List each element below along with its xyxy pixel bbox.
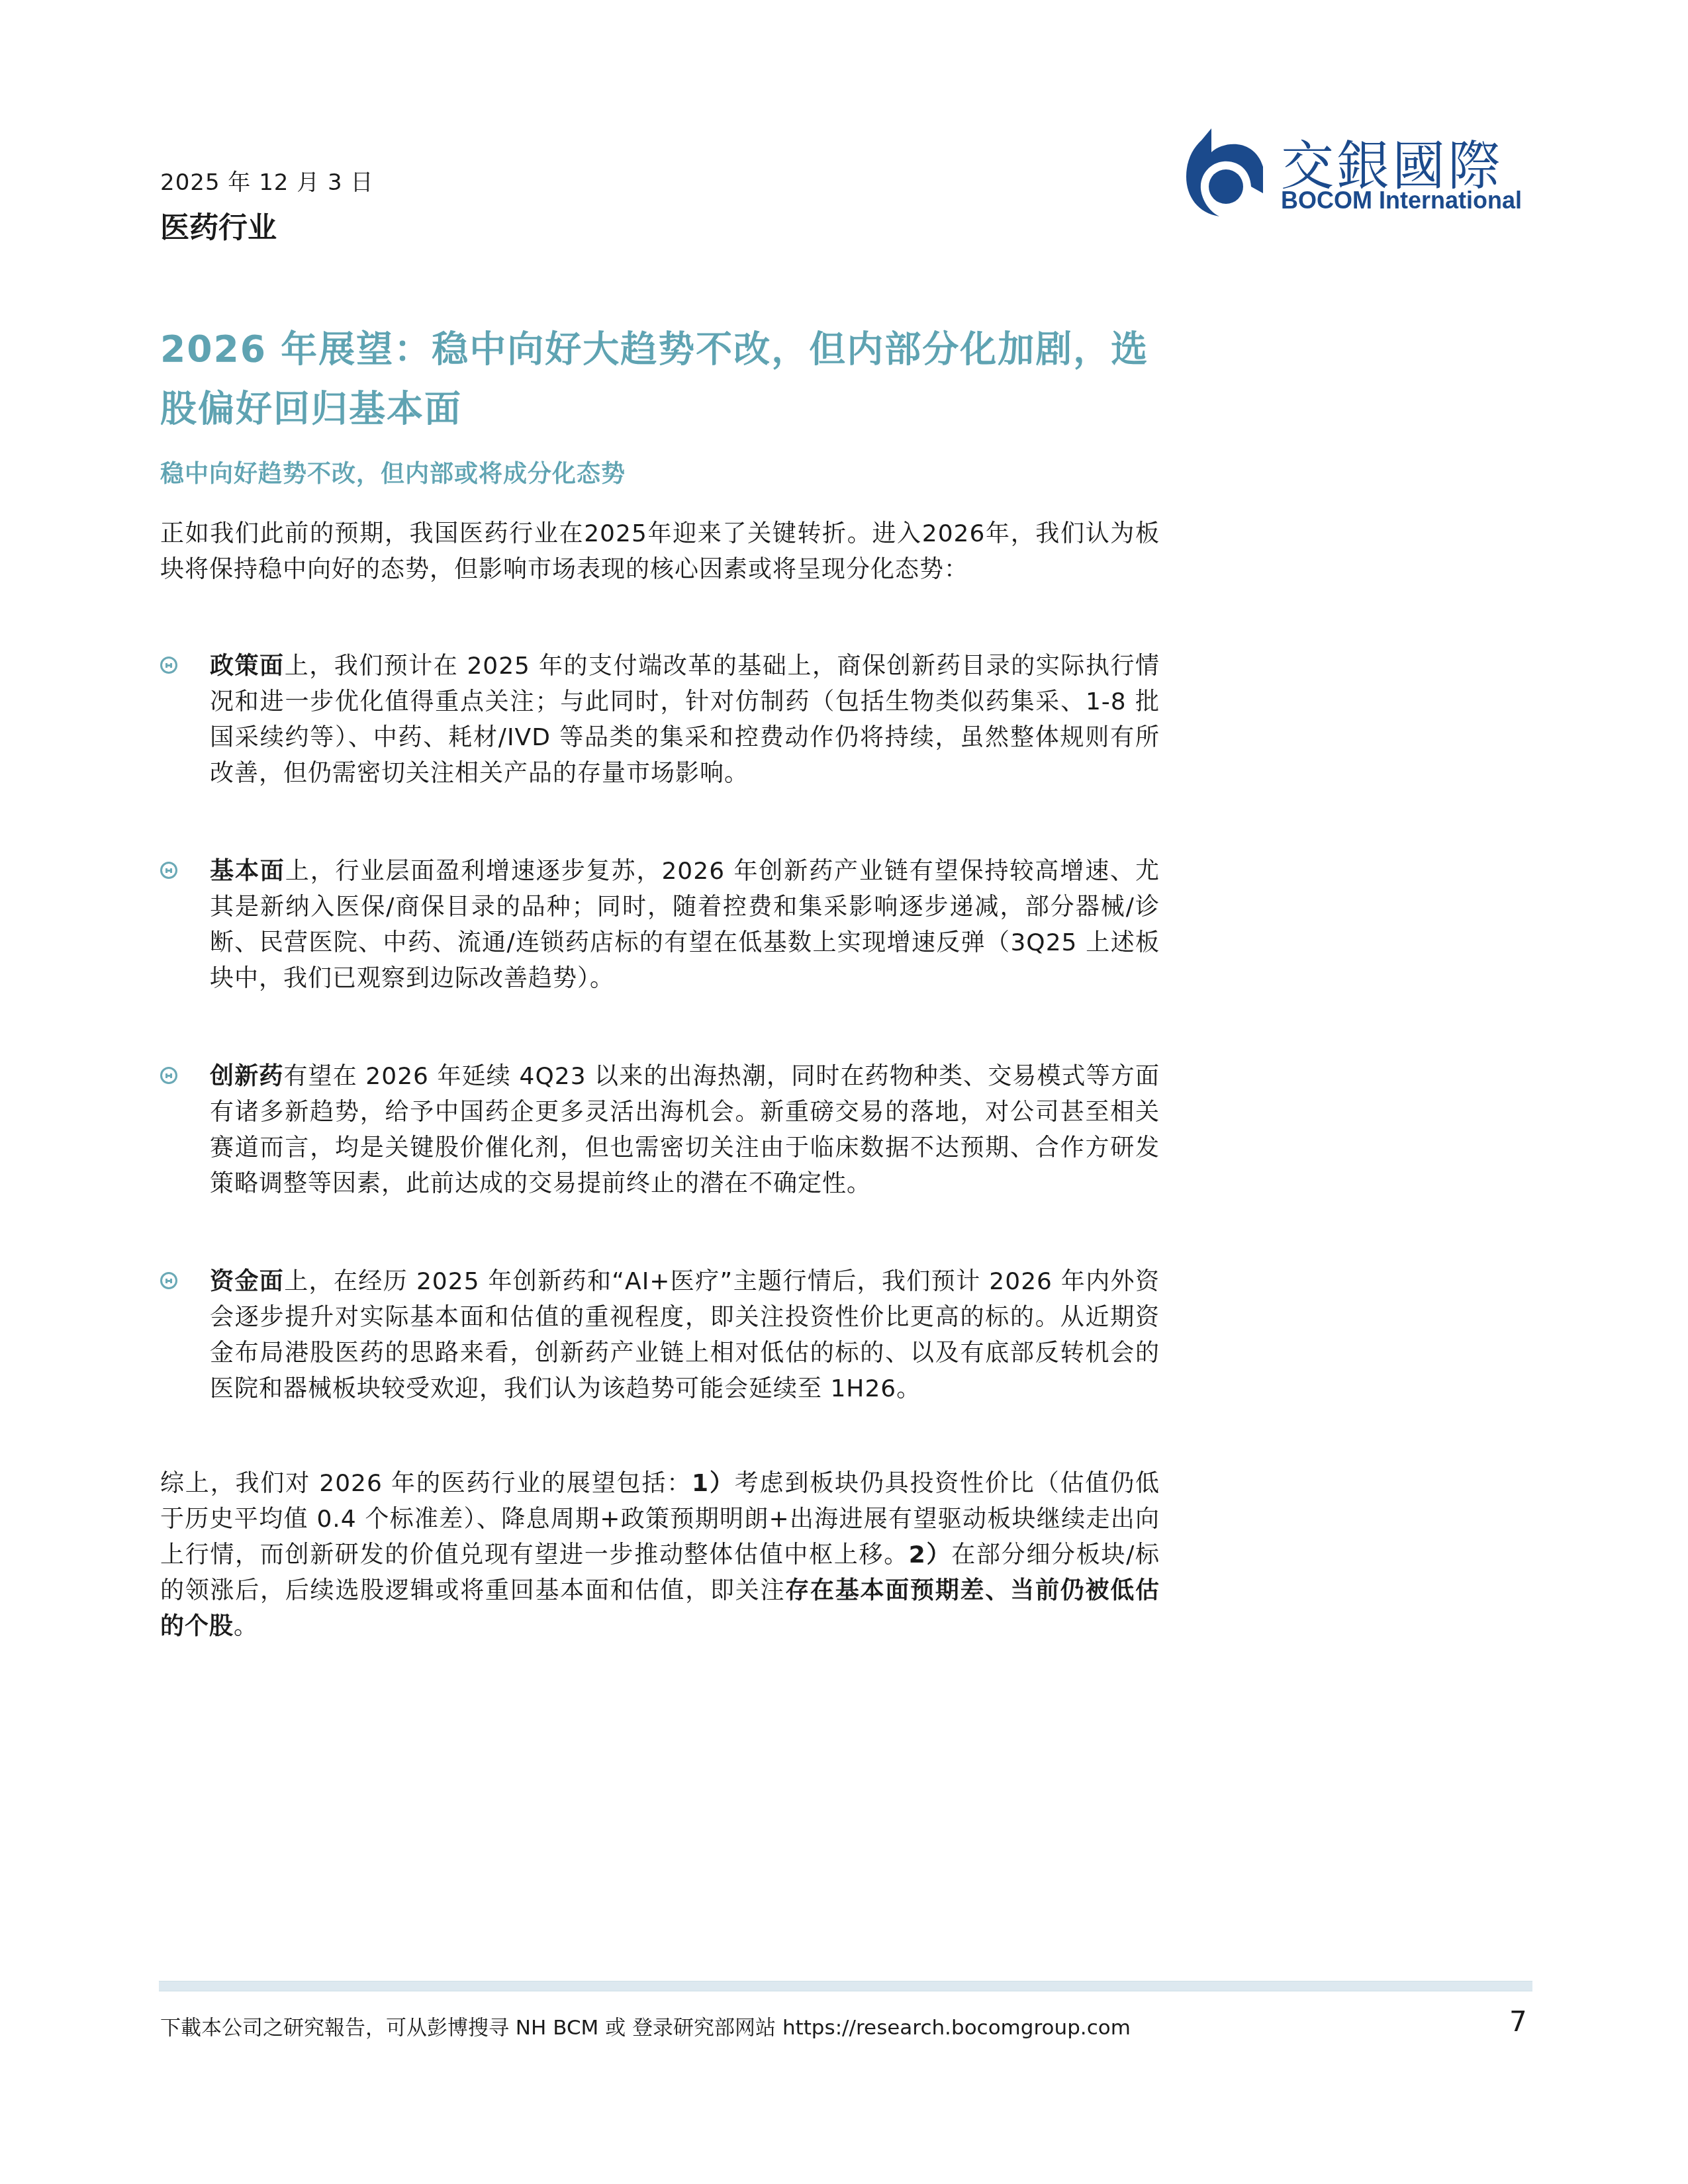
bocom-logo-icon [1178,120,1271,220]
sector-label: 医药行业 [160,204,277,246]
circle-bullet-icon [160,1067,177,1084]
page-number: 7 [1509,2005,1527,2038]
bullet-text: 创新药有望在 2026 年延续 4Q23 以来的出海热潮，同时在药物种类、交易模… [210,1059,1160,1202]
report-date: 2025 年 12 月 3 日 [160,164,373,197]
section-subtitle: 稳中向好趋势不改，但内部或将成分化态势 [160,455,626,489]
circle-bullet-icon [160,1272,177,1289]
circle-bullet-icon [160,862,177,879]
page-title: 2026 年展望：稳中向好大趋势不改，但内部分化加剧，选股偏好回归基本面 [160,319,1180,438]
conclusion-paragraph: 综上，我们对 2026 年的医药行业的展望包括：1）考虑到板块仍具投资性价比（估… [160,1466,1160,1645]
footer-note: 下載本公司之研究報告，可从彭博搜寻 NH BCM 或 登录研究部网站 https… [160,2011,1131,2040]
footer-divider [159,1981,1532,1991]
bocom-logo: 交銀國際 BOCOM International [1178,120,1536,220]
bullet-text: 政策面上，我们预计在 2025 年的支付端改革的基础上，商保创新药目录的实际执行… [210,649,1160,792]
bullet-text: 基本面上，行业层面盈利增速逐步复苏，2026 年创新药产业链有望保持较高增速、尤… [210,854,1160,997]
intro-paragraph: 正如我们此前的预期，我国医药行业在2025年迎来了关键转折。进入2026年，我们… [160,516,1160,588]
logo-name-en: BOCOM International [1281,187,1522,214]
circle-bullet-icon [160,657,177,674]
bullet-text: 资金面上，在经历 2025 年创新药和“AI+医疗”主题行情后，我们预计 202… [210,1264,1160,1407]
